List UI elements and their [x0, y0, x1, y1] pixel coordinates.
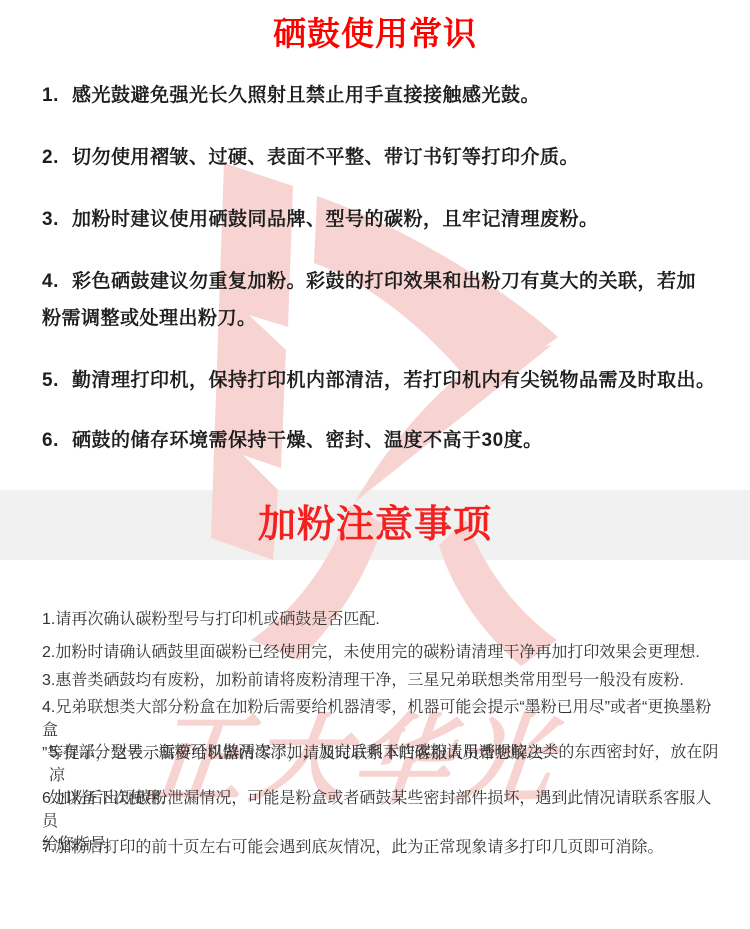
- item-text: 惠普类硒鼓均有废粉，加粉前请将废粉清理干净，三星兄弟联想类常用型号一般没有废粉.: [55, 672, 683, 689]
- usage-list-item: 4.彩色硒鼓建议勿重复加粉。彩鼓的打印效果和出粉刀有莫大的关联，若加 粉需调整或…: [42, 263, 726, 337]
- item-number: 6.: [42, 790, 55, 807]
- item-number: 3.: [42, 672, 55, 689]
- usage-list-item: 1.感光鼓避免强光长久照射且禁止用手直接接触感光鼓。: [42, 77, 726, 114]
- item-number: 2.: [42, 644, 55, 661]
- section2-title: 加粉注意事项: [0, 490, 750, 560]
- notice-list-item: 2.加粉时请确认硒鼓里面碳粉已经使用完，未使用完的碳粉请清理干净再加打印效果会更…: [42, 641, 726, 664]
- item-text: 切勿使用褶皱、过硬、表面不平整、带订书钉等打印介质。: [72, 147, 579, 168]
- item-text: 感光鼓避免强光长久照射且禁止用手直接接触感光鼓。: [72, 85, 540, 106]
- usage-list-item: 2.切勿使用褶皱、过硬、表面不平整、带订书钉等打印介质。: [42, 139, 726, 176]
- notice-list-item: 1.请再次确认碳粉型号与打印机或硒鼓是否匹配.: [42, 608, 726, 631]
- item-number: 6.: [42, 422, 72, 459]
- notice-list-item: 3.惠普类硒鼓均有废粉，加粉前请将废粉清理干净，三星兄弟联想类常用型号一般没有废…: [42, 669, 726, 692]
- item-number: 4.: [42, 263, 72, 300]
- item-number: 7.: [42, 839, 55, 856]
- item-text: 加粉时请确认硒鼓里面碳粉已经使用完，未使用完的碳粉请清理干净再加打印效果会更理想…: [55, 644, 699, 661]
- item-number: 2.: [42, 139, 72, 176]
- item-number: 4.: [42, 699, 55, 716]
- item-text: 勤清理打印机，保持打印机内部清洁，若打印机内有尖锐物品需及时取出。: [72, 370, 716, 391]
- usage-list-item: 3.加粉时建议使用硒鼓同品牌、型号的碳粉，且牢记清理废粉。: [42, 201, 726, 238]
- item-text: 彩色硒鼓建议勿重复加粉。彩鼓的打印效果和出粉刀有莫大的关联，若加 粉需调整或处理…: [42, 271, 696, 329]
- item-number: 3.: [42, 201, 72, 238]
- item-number: 5.: [49, 744, 62, 761]
- item-number: 1.: [42, 77, 72, 114]
- item-number: 1.: [42, 611, 55, 628]
- item-text: 加粉时建议使用硒鼓同品牌、型号的碳粉，且牢记清理废粉。: [72, 209, 599, 230]
- section1-title: 硒鼓使用常识: [0, 8, 750, 55]
- page: 正大华光 硒鼓使用常识 1.感光鼓避免强光长久照射且禁止用手直接接触感光鼓。 2…: [0, 0, 750, 929]
- notice-list-item: 7.加粉后打印的前十页左右可能会遇到底灰情况，此为正常现象请多打印几页即可消除。: [42, 836, 726, 859]
- usage-list-item: 6.硒鼓的储存环境需保持干燥、密封、温度不高于30度。: [42, 422, 726, 459]
- item-number: 5.: [42, 362, 72, 399]
- usage-list-item: 5.勤清理打印机，保持打印机内部清洁，若打印机内有尖锐物品需及时取出。: [42, 362, 726, 399]
- item-text: 硒鼓的储存环境需保持干燥、密封、温度不高于30度。: [72, 430, 543, 451]
- item-text: 加粉后打印的前十页左右可能会遇到底灰情况，此为正常现象请多打印几页即可消除。: [55, 839, 663, 856]
- item-text: 请再次确认碳粉型号与打印机或硒鼓是否匹配.: [55, 611, 379, 628]
